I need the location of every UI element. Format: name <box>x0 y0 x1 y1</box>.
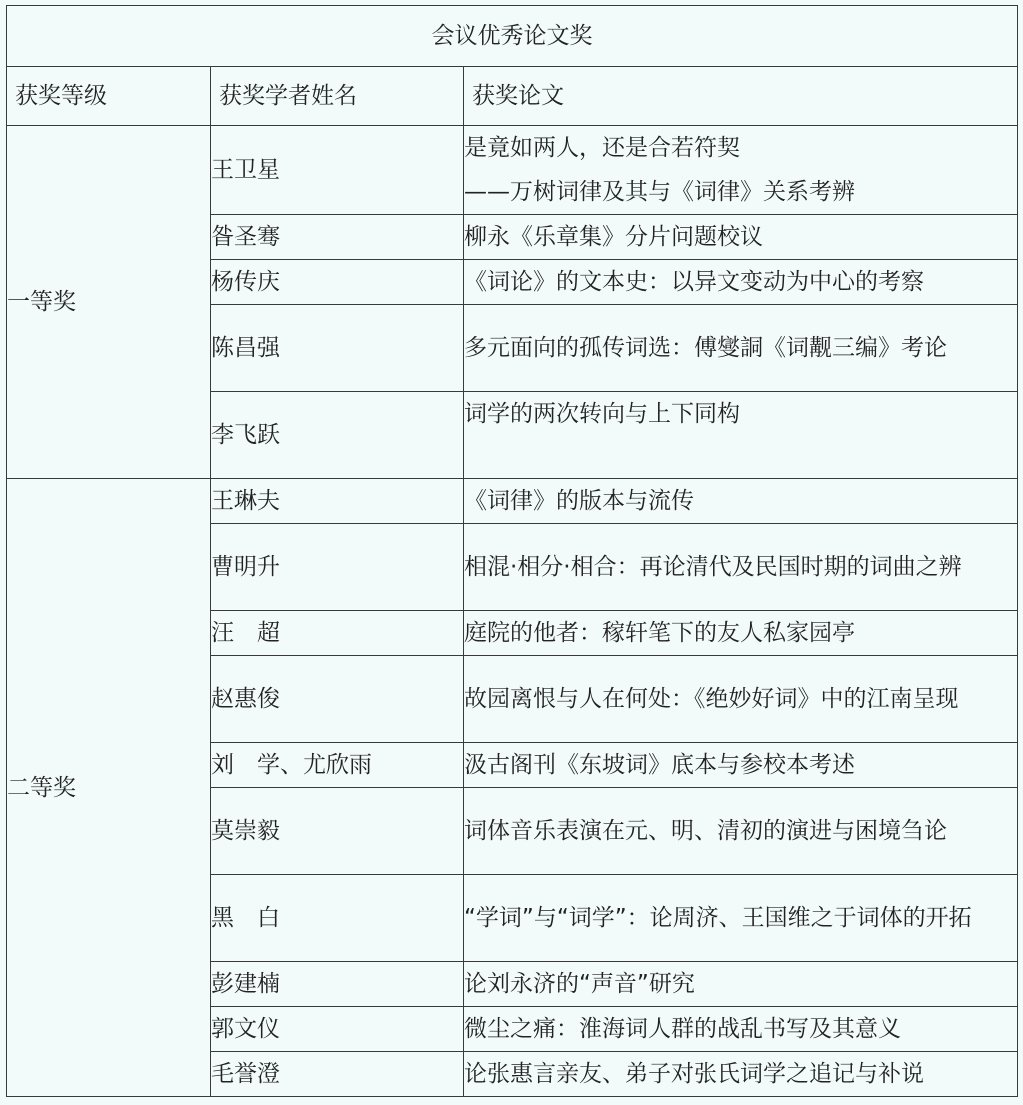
scholar-name: 杨传庆 <box>211 260 464 305</box>
scholar-name: 莫崇毅 <box>211 788 464 875</box>
scholar-name: 王卫星 <box>211 126 464 215</box>
paper-title: 故园离恨与人在何处：《绝妙好词》中的江南呈现 <box>464 656 1018 743</box>
paper-title: 论张惠言亲友、弟子对张氏词学之追记与补说 <box>464 1052 1018 1097</box>
table-row: 二等奖 王琳夫 《词律》的版本与流传 <box>7 479 1018 524</box>
scholar-name: 毛誉澄 <box>211 1052 464 1097</box>
paper-title: 词体音乐表演在元、明、清初的演进与困境刍论 <box>464 788 1018 875</box>
scholar-name: 曹明升 <box>211 524 464 611</box>
scholar-name: 昝圣骞 <box>211 215 464 260</box>
scholar-name: 黑 白 <box>211 875 464 962</box>
paper-title: 《词律》的版本与流传 <box>464 479 1018 524</box>
title-row: 会议优秀论文奖 <box>7 6 1018 67</box>
paper-title: 多元面向的孤传词选：傅燮詷《词觏三编》考论 <box>464 305 1018 392</box>
paper-title: 相混·相分·相合：再论清代及民国时期的词曲之辨 <box>464 524 1018 611</box>
paper-title: 庭院的他者：稼轩笔下的友人私家园亭 <box>464 611 1018 656</box>
scholar-name: 赵惠俊 <box>211 656 464 743</box>
awards-table: 会议优秀论文奖 获奖等级 获奖学者姓名 获奖论文 一等奖 王卫星 是竟如两人，还… <box>6 5 1018 1097</box>
award-level-first: 一等奖 <box>7 126 211 479</box>
paper-title: 柳永《乐章集》分片问题校议 <box>464 215 1018 260</box>
paper-title: “学词”与“词学”：论周济、王国维之于词体的开拓 <box>464 875 1018 962</box>
header-level: 获奖等级 <box>7 67 211 126</box>
paper-subtitle-line: ——万树词律及其与《词律》关系考辨 <box>464 170 1017 214</box>
table-title: 会议优秀论文奖 <box>7 6 1018 67</box>
paper-title: 《词论》的文本史：以异文变动为中心的考察 <box>464 260 1018 305</box>
scholar-name: 王琳夫 <box>211 479 464 524</box>
paper-title: 是竟如两人，还是合若符契 ——万树词律及其与《词律》关系考辨 <box>464 126 1018 215</box>
scholar-name: 刘 学、尤欣雨 <box>211 743 464 788</box>
paper-title: 论刘永济的“声音”研究 <box>464 962 1018 1007</box>
scholar-name: 彭建楠 <box>211 962 464 1007</box>
paper-title: 微尘之痛：淮海词人群的战乱书写及其意义 <box>464 1007 1018 1052</box>
header-name: 获奖学者姓名 <box>211 67 464 126</box>
paper-title-line: 是竟如两人，还是合若符契 <box>464 126 1017 170</box>
table-row: 一等奖 王卫星 是竟如两人，还是合若符契 ——万树词律及其与《词律》关系考辨 <box>7 126 1018 215</box>
scholar-name: 陈昌强 <box>211 305 464 392</box>
header-row: 获奖等级 获奖学者姓名 获奖论文 <box>7 67 1018 126</box>
paper-title: 汲古阁刊《东坡词》底本与参校本考述 <box>464 743 1018 788</box>
scholar-name: 郭文仪 <box>211 1007 464 1052</box>
header-paper: 获奖论文 <box>464 67 1018 126</box>
scholar-name: 李飞跃 <box>211 392 464 479</box>
scholar-name: 汪 超 <box>211 611 464 656</box>
paper-title: 词学的两次转向与上下同构 <box>464 392 1018 479</box>
award-level-second: 二等奖 <box>7 479 211 1097</box>
